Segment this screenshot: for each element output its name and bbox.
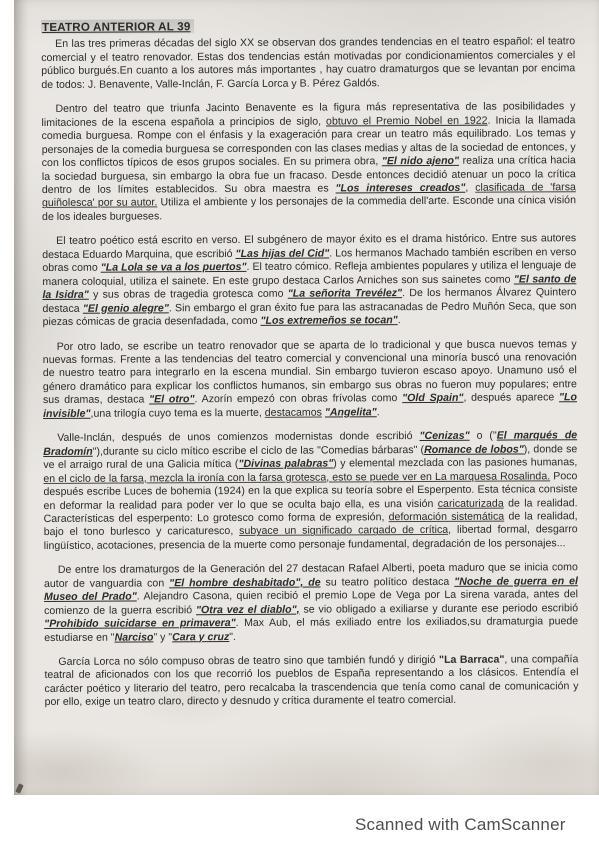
text-segment: Valle-Inclán, después de unos comienzos … — [57, 430, 419, 444]
text-segment: "Angelita" — [325, 406, 377, 418]
text-segment: "Los extremeños se tocan" — [260, 314, 397, 327]
text-segment: y sus obras de tragedia grotesca como — [89, 288, 288, 301]
text-segment: "El otro" — [149, 394, 194, 406]
paragraph: El teatro poético está escrito en verso.… — [42, 233, 576, 330]
text-segment: Romance de lobos" — [424, 443, 524, 456]
text-segment: deformación sistemática — [389, 511, 505, 524]
text-segment: . Azorín empezó con obras frívolas como — [195, 392, 403, 405]
text-segment: obtuvo el Premio Nobel en 1922 — [326, 114, 488, 127]
paragraph: De entre los dramaturgos de la Generació… — [44, 562, 578, 646]
text-segment: "Cenizas" — [419, 430, 469, 442]
text-segment: ) y elemental mezclada con las pasiones … — [333, 456, 577, 469]
page-text: TEATRO ANTERIOR AL 39 En las tres primer… — [41, 17, 579, 721]
scanned-document-page: TEATRO ANTERIOR AL 39 En las tres primer… — [14, 0, 599, 795]
text-segment: su teatro político destaca — [321, 576, 455, 589]
scan-artifact — [15, 783, 23, 793]
text-segment: "Otra vez el diablo", — [196, 603, 300, 616]
text-segment: "Los intereses creados" — [335, 182, 465, 195]
document-title: TEATRO ANTERIOR AL 39 — [41, 19, 194, 34]
camscanner-watermark: Scanned with CamScanner — [355, 815, 566, 835]
text-segment: Narciso — [115, 631, 154, 643]
text-segment: ". — [229, 631, 236, 643]
text-segment: En las tres primeras décadas del siglo X… — [41, 36, 575, 91]
text-segment: "Prohibido suicidarse en primavera" — [44, 617, 236, 630]
paragraph: Valle-Inclán, después de unos comienzos … — [43, 429, 578, 553]
text-segment: en el ciclo de la farsa, mezcla la ironí… — [43, 470, 550, 485]
text-segment: destacamos — [265, 406, 322, 418]
text-segment: "),durante su ciclo mítico escribe el ci… — [93, 444, 424, 458]
text-segment: , — [465, 182, 475, 194]
text-segment: "La Lola se va a los puertos" — [101, 261, 247, 274]
paragraph: Por otro lado, se escribe un teatro reno… — [43, 338, 577, 422]
text-segment: "El genio alegre" — [83, 302, 169, 314]
text-segment: " y " — [153, 631, 172, 643]
text-segment: caricaturizada — [438, 497, 504, 509]
text-segment: . — [398, 314, 401, 326]
paragraph: En las tres primeras décadas del siglo X… — [41, 36, 575, 93]
text-segment: "La Barraca" — [439, 654, 504, 666]
scanned-page-view: TEATRO ANTERIOR AL 39 En las tres primer… — [0, 0, 599, 848]
text-segment: "La señorita Trevélez" — [288, 287, 402, 300]
text-segment: ,una trilogía cuyo tema es la muerte, — [90, 407, 264, 420]
text-segment: . — [377, 406, 380, 418]
paragraph: Dentro del teatro que triunfa Jacinto Be… — [41, 100, 576, 224]
paragraph: García Lorca no sólo compuso obras de te… — [44, 653, 578, 710]
text-segment: "Old Spain" — [402, 392, 463, 404]
text-segment: "El nido ajeno" — [382, 155, 459, 167]
text-segment: subyace un significado cargado de crític… — [239, 524, 448, 537]
text-segment: García Lorca no sólo compuso obras de te… — [58, 654, 439, 668]
text-segment: o (" — [470, 430, 497, 442]
text-segment: "Las hijas del Cid" — [236, 247, 330, 259]
text-segment: "Divinas palabras" — [238, 458, 333, 470]
text-segment: Cara y cruz — [172, 631, 229, 643]
text-segment: , después aparece — [463, 392, 559, 405]
text-segment: se vio obligado a exiliarse y durante es… — [300, 602, 579, 615]
text-segment: "El hombre deshabitado", de — [169, 576, 320, 589]
